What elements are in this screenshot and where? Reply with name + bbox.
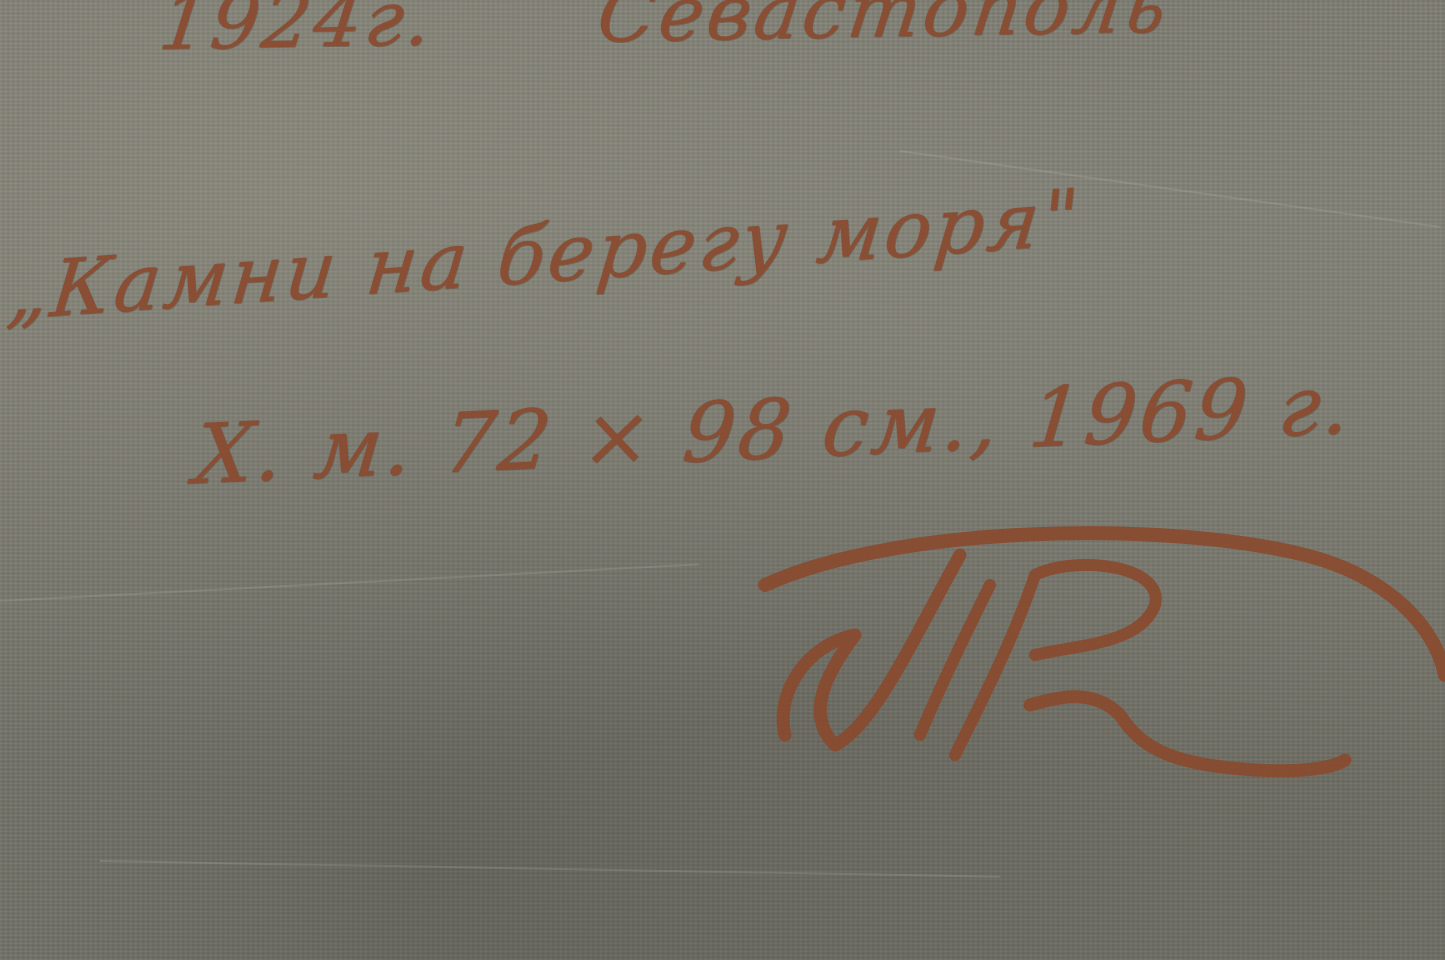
inscription-medium-size: Х. м. 72 × 98 см.,	[190, 373, 1005, 504]
inscription-line-year-place: 1924г. Севастополь	[155, 0, 1175, 67]
canvas-crease	[100, 860, 1000, 878]
inscription-place: Севастополь	[593, 0, 1174, 59]
inscription-year-1969: 1969 г.	[1025, 357, 1357, 467]
artist-signature	[745, 515, 1445, 785]
canvas-crease	[0, 563, 699, 602]
inscription-title: „Камни на берегу моря"	[3, 173, 1085, 339]
canvas-back: 1924г. Севастополь „Камни на берегу моря…	[0, 0, 1445, 960]
inscription-year-1924: 1924г.	[155, 0, 440, 67]
inscription-medium-size-date: Х. м. 72 × 98 см., 1969 г.	[190, 357, 1357, 503]
signature-monogram-icon	[745, 515, 1445, 785]
